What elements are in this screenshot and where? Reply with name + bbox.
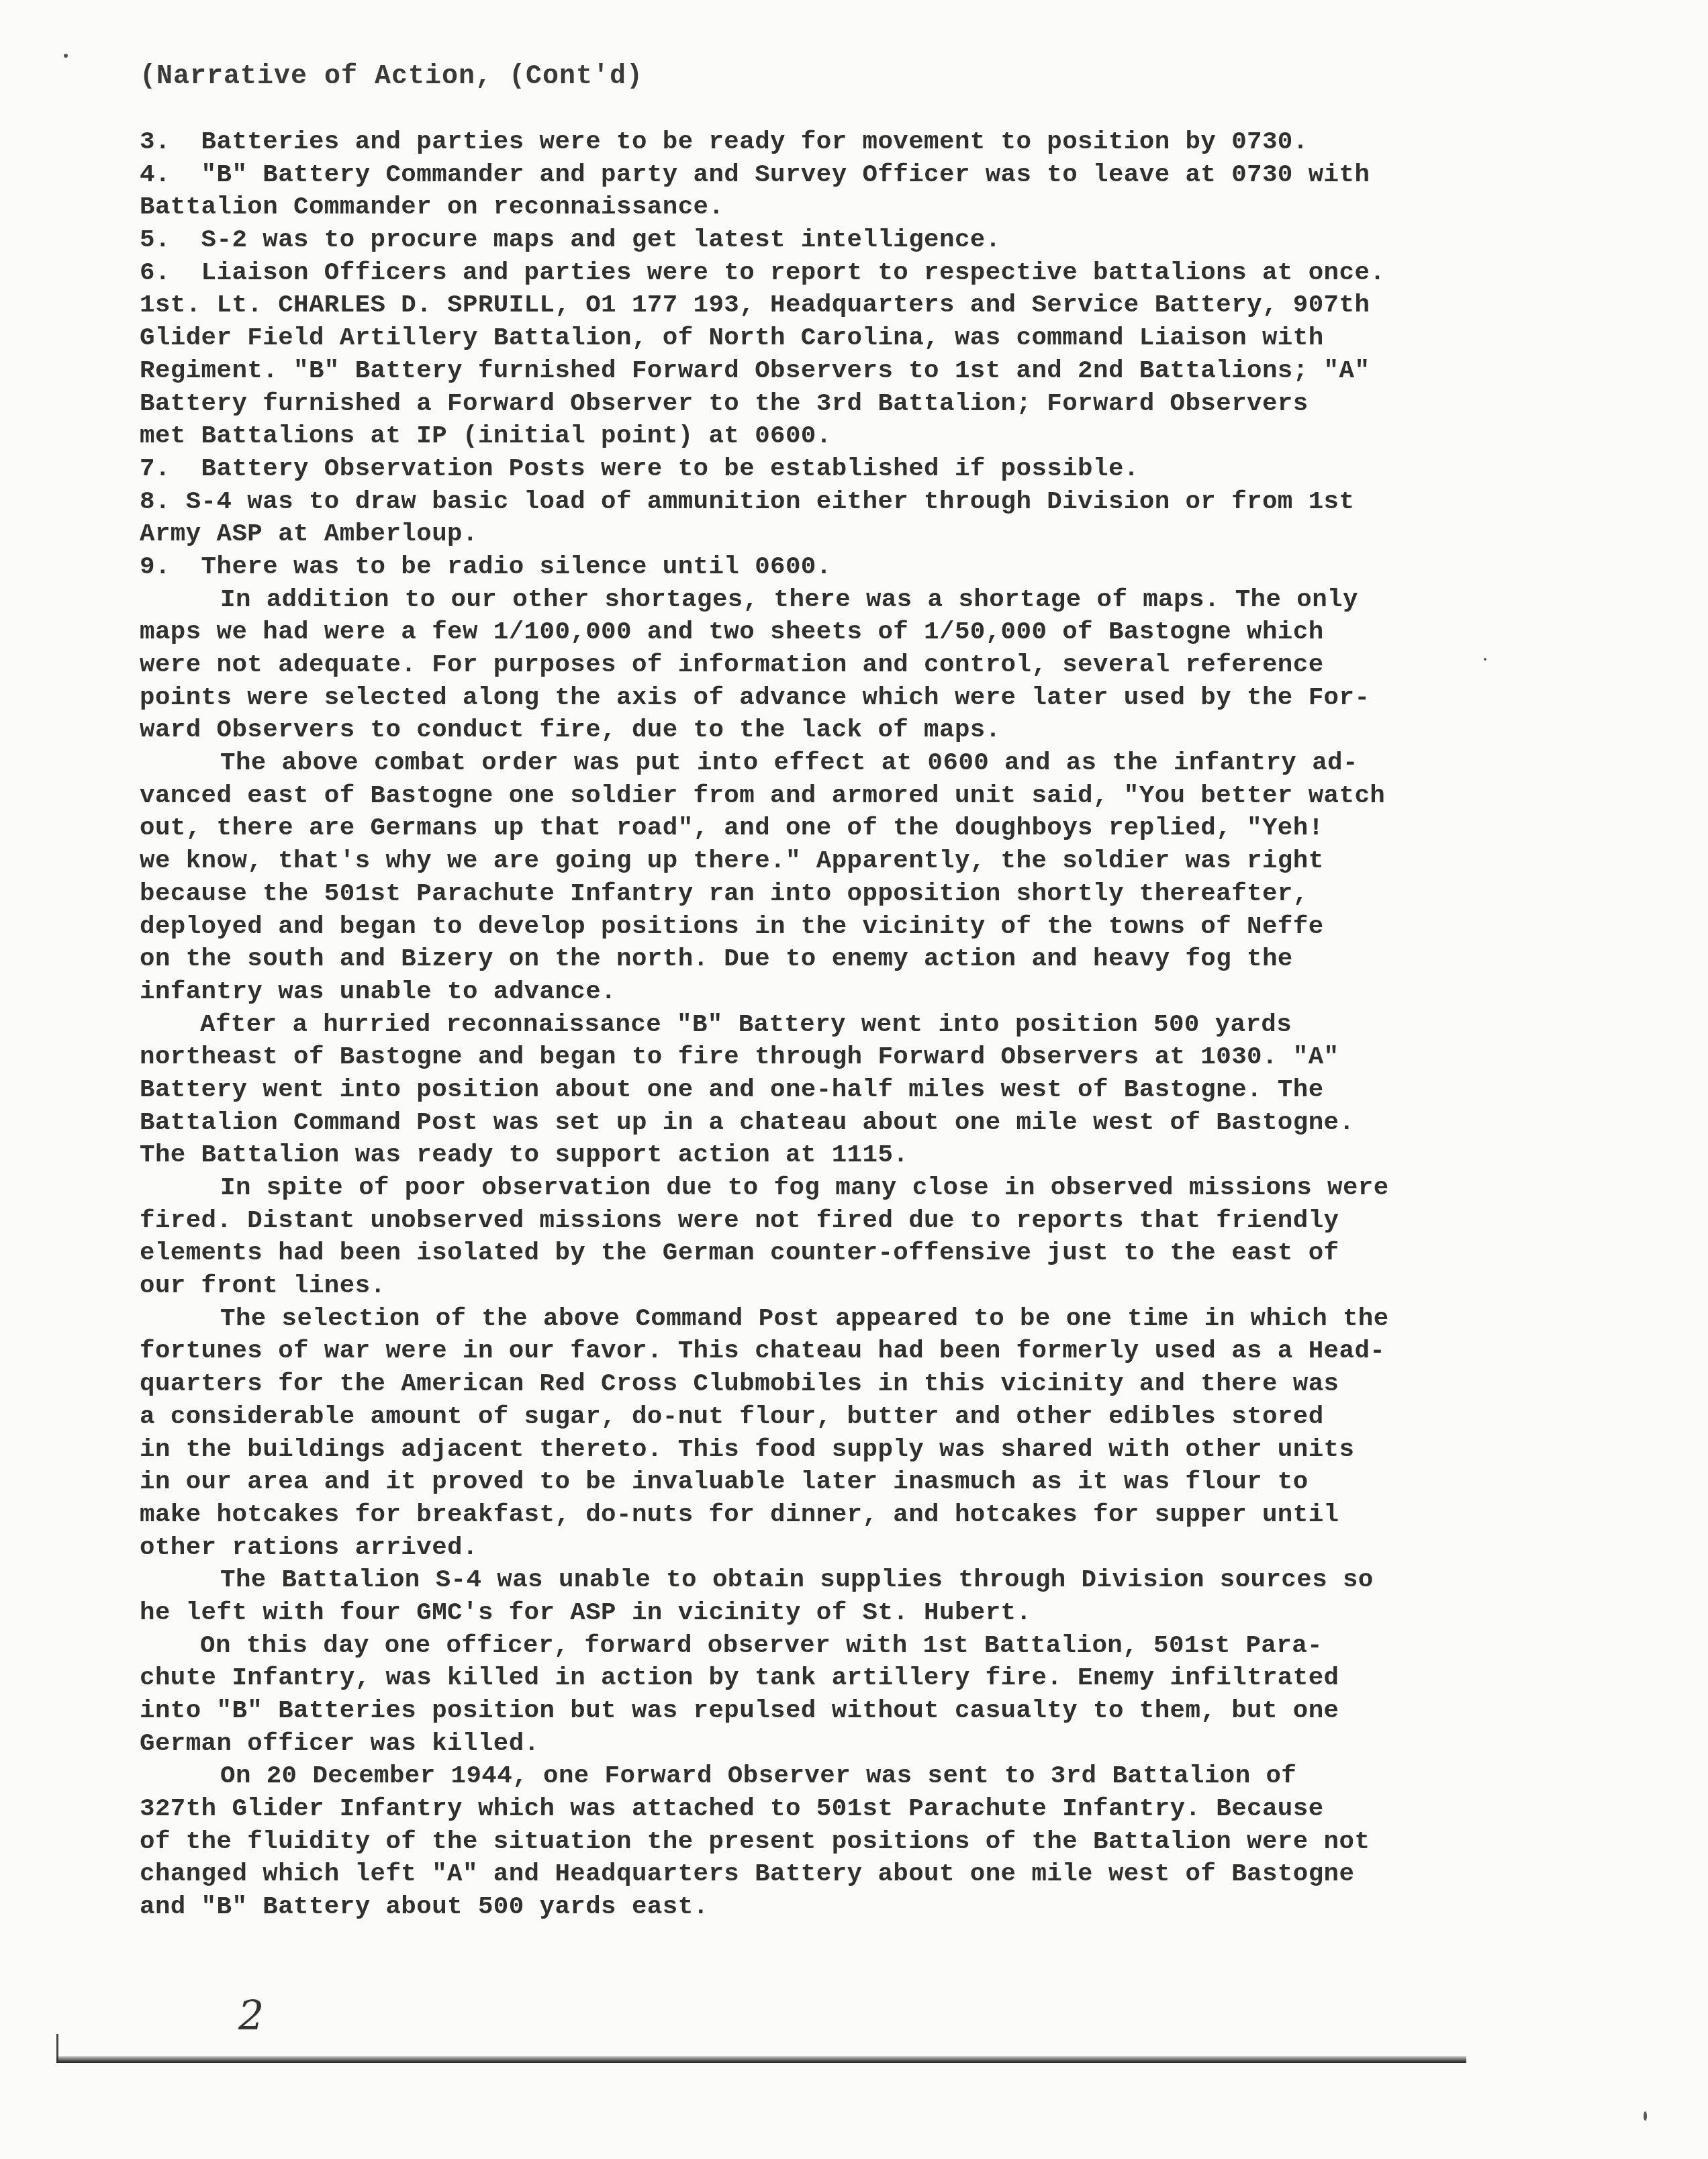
text-line: The selection of the above Command Post …	[140, 1303, 1456, 1336]
text-line: 5. S-2 was to procure maps and get lates…	[140, 224, 1456, 257]
text-line: The Battalion S-4 was unable to obtain s…	[140, 1564, 1456, 1597]
text-line: a considerable amount of sugar, do-nut f…	[140, 1401, 1456, 1434]
text-line: 4. "B" Battery Commander and party and S…	[140, 159, 1456, 192]
text-line: Army ASP at Amberloup.	[140, 518, 1456, 551]
text-line: maps we had were a few 1/100,000 and two…	[140, 616, 1456, 649]
page-number: 2	[238, 1993, 264, 2040]
text-line: Battery furnished a Forward Observer to …	[140, 388, 1456, 421]
text-line: 6. Liaison Officers and parties were to …	[140, 257, 1456, 290]
text-line: Battalion Command Post was set up in a c…	[140, 1107, 1456, 1140]
text-line: On 20 December 1944, one Forward Observe…	[140, 1760, 1456, 1793]
text-line: quarters for the American Red Cross Club…	[140, 1368, 1456, 1401]
text-line: make hotcakes for breakfast, do-nuts for…	[140, 1499, 1456, 1532]
text-line: Battery went into position about one and…	[140, 1074, 1456, 1107]
scan-speck	[1484, 658, 1486, 661]
text-line: he left with four GMC's for ASP in vicin…	[140, 1597, 1456, 1630]
text-line: Glider Field Artillery Battalion, of Nor…	[140, 322, 1456, 355]
text-line: changed which left "A" and Headquarters …	[140, 1858, 1456, 1891]
document-page: (Narrative of Action, (Cont'd) 3. Batter…	[0, 0, 1708, 2159]
document-body: 3. Batteries and parties were to be read…	[140, 126, 1456, 1924]
text-line: our front lines.	[140, 1270, 1456, 1303]
text-line: 9. There was to be radio silence until 0…	[140, 551, 1456, 584]
text-line: elements had been isolated by the German…	[140, 1237, 1456, 1270]
text-line: 8. S-4 was to draw basic load of ammunit…	[140, 486, 1456, 519]
text-line: On this day one officer, forward observe…	[140, 1630, 1456, 1663]
text-line: vanced east of Bastogne one soldier from…	[140, 780, 1456, 813]
text-line: fortunes of war were in our favor. This …	[140, 1335, 1456, 1368]
text-line: In addition to our other shortages, ther…	[140, 584, 1456, 617]
text-line: The above combat order was put into effe…	[140, 747, 1456, 780]
text-line: After a hurried reconnaissance "B" Batte…	[140, 1009, 1456, 1042]
text-line: were not adequate. For purposes of infor…	[140, 649, 1456, 682]
text-line: met Battalions at IP (initial point) at …	[140, 420, 1456, 453]
bottom-rule	[56, 2056, 1466, 2063]
text-line: out, there are Germans up that road", an…	[140, 812, 1456, 845]
text-line: in our area and it proved to be invaluab…	[140, 1466, 1456, 1499]
text-line: The Battalion was ready to support actio…	[140, 1139, 1456, 1172]
text-line: other rations arrived.	[140, 1532, 1456, 1565]
text-line: of the fluidity of the situation the pre…	[140, 1826, 1456, 1859]
text-line: infantry was unable to advance.	[140, 976, 1456, 1009]
text-line: ward Observers to conduct fire, due to t…	[140, 714, 1456, 747]
text-line: into "B" Batteries position but was repu…	[140, 1695, 1456, 1728]
text-line: In spite of poor observation due to fog …	[140, 1172, 1456, 1205]
text-line: Battalion Commander on reconnaissance.	[140, 191, 1456, 224]
text-line: deployed and began to develop positions …	[140, 911, 1456, 944]
text-line: German officer was killed.	[140, 1728, 1456, 1761]
text-line: 327th Glider Infantry which was attached…	[140, 1793, 1456, 1826]
text-line: on the south and Bizery on the north. Du…	[140, 943, 1456, 976]
text-line: in the buildings adjacent thereto. This …	[140, 1434, 1456, 1467]
text-line: we know, that's why we are going up ther…	[140, 845, 1456, 878]
scan-speck	[1644, 2111, 1647, 2121]
text-line: northeast of Bastogne and began to fire …	[140, 1041, 1456, 1074]
text-line: Regiment. "B" Battery furnished Forward …	[140, 355, 1456, 388]
scan-speck	[64, 54, 68, 58]
text-line: points were selected along the axis of a…	[140, 682, 1456, 715]
text-line: and "B" Battery about 500 yards east.	[140, 1891, 1456, 1924]
text-line: 1st. Lt. CHARLES D. SPRUILL, O1 177 193,…	[140, 289, 1456, 322]
text-line: chute Infantry, was killed in action by …	[140, 1662, 1456, 1695]
text-line: 3. Batteries and parties were to be read…	[140, 126, 1456, 159]
text-line: fired. Distant unobserved missions were …	[140, 1205, 1456, 1238]
text-line: because the 501st Parachute Infantry ran…	[140, 878, 1456, 911]
text-line: 7. Battery Observation Posts were to be …	[140, 453, 1456, 486]
document-header: (Narrative of Action, (Cont'd)	[140, 62, 643, 92]
